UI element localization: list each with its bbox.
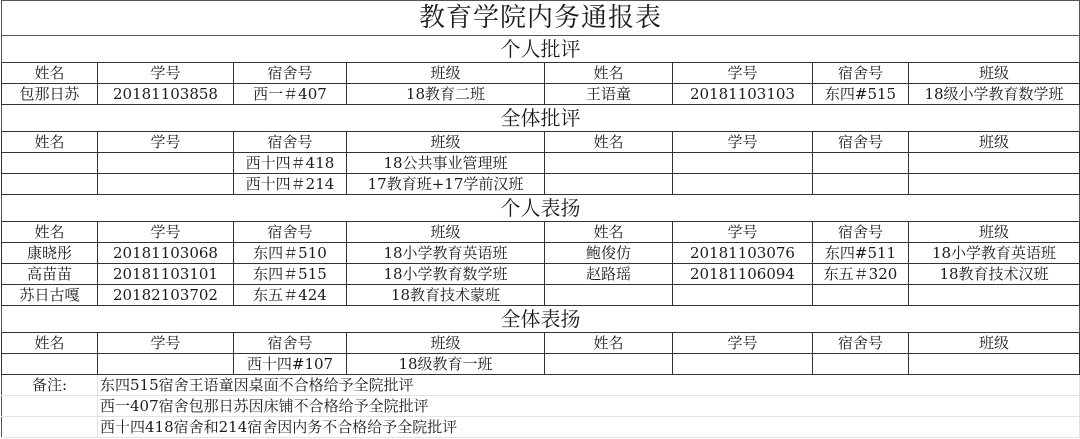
- column-header-class: 班级: [909, 333, 1080, 354]
- remark-text[interactable]: 西十四418宿舍和214宿舍因内务不合格给予全院批评: [98, 417, 1080, 438]
- cell-class[interactable]: 18级教育一班: [347, 354, 545, 375]
- table-row: 苏日古嘎20182103702东五＃42418教育技术蒙班: [2, 285, 1080, 306]
- cell-name[interactable]: 王语童: [545, 84, 673, 105]
- cell-name[interactable]: 赵路瑶: [545, 264, 673, 285]
- cell-name[interactable]: [545, 354, 673, 375]
- column-header-name: 姓名: [2, 222, 98, 243]
- section-header: 全体表扬: [2, 306, 1080, 333]
- cell-dorm[interactable]: 东四＃515: [234, 264, 347, 285]
- cell-dorm[interactable]: 东五＃424: [234, 285, 347, 306]
- table-row: 包那日苏20181103858西一＃40718教育二班王语童2018110310…: [2, 84, 1080, 105]
- cell-name[interactable]: 包那日苏: [2, 84, 98, 105]
- remark-text[interactable]: 西一407宿舍包那日苏因床铺不合格给予全院批评: [98, 396, 1080, 417]
- column-header-class: 班级: [909, 222, 1080, 243]
- remark-label: 备注:: [2, 375, 98, 396]
- cell-name[interactable]: [545, 174, 673, 195]
- table-row: 西十四＃21417教育班+17学前汉班: [2, 174, 1080, 195]
- column-header-student-id: 学号: [98, 132, 234, 153]
- cell-student-id[interactable]: 20181103101: [98, 264, 234, 285]
- cell-class[interactable]: [909, 354, 1080, 375]
- cell-class[interactable]: 18级小学教育数学班: [909, 84, 1080, 105]
- section-header: 全体批评: [2, 105, 1080, 132]
- cell-dorm[interactable]: 东四#511: [813, 243, 909, 264]
- remark-label: [2, 396, 98, 417]
- cell-student-id[interactable]: 20181103103: [673, 84, 813, 105]
- column-header-student-id: 学号: [673, 222, 813, 243]
- cell-name[interactable]: 苏日古嘎: [2, 285, 98, 306]
- cell-name[interactable]: [2, 153, 98, 174]
- column-header-name: 姓名: [2, 63, 98, 84]
- column-header-dorm: 宿舍号: [234, 132, 347, 153]
- column-header-student-id: 学号: [673, 132, 813, 153]
- remark-row: 备注:东四515宿舍王语童因桌面不合格给予全院批评: [2, 375, 1080, 396]
- cell-student-id[interactable]: [98, 174, 234, 195]
- cell-class[interactable]: 18教育二班: [347, 84, 545, 105]
- column-header-name: 姓名: [545, 63, 673, 84]
- section-title: 个人批评: [2, 36, 1080, 63]
- column-header-dorm: 宿舍号: [234, 63, 347, 84]
- cell-student-id[interactable]: [673, 354, 813, 375]
- cell-class[interactable]: 18教育技术汉班: [909, 264, 1080, 285]
- cell-dorm[interactable]: 西十四#107: [234, 354, 347, 375]
- remark-text[interactable]: 东四515宿舍王语童因桌面不合格给予全院批评: [98, 375, 1080, 396]
- column-header-name: 姓名: [545, 222, 673, 243]
- column-header-student-id: 学号: [673, 63, 813, 84]
- column-header-dorm: 宿舍号: [813, 222, 909, 243]
- remark-row: 西一407宿舍包那日苏因床铺不合格给予全院批评: [2, 396, 1080, 417]
- column-header-dorm: 宿舍号: [813, 132, 909, 153]
- cell-class[interactable]: 18小学教育英语班: [909, 243, 1080, 264]
- column-header-name: 姓名: [2, 132, 98, 153]
- cell-student-id[interactable]: 20181106094: [673, 264, 813, 285]
- column-header-class: 班级: [909, 132, 1080, 153]
- cell-name[interactable]: 高苗苗: [2, 264, 98, 285]
- column-header-row: 姓名学号宿舍号班级姓名学号宿舍号班级: [2, 222, 1080, 243]
- column-header-class: 班级: [347, 222, 545, 243]
- cell-name[interactable]: [545, 285, 673, 306]
- column-header-student-id: 学号: [673, 333, 813, 354]
- cell-dorm[interactable]: 西十四＃418: [234, 153, 347, 174]
- report-table: 教育学院内务通报表 个人批评姓名学号宿舍号班级姓名学号宿舍号班级包那日苏2018…: [1, 0, 1080, 438]
- table-row: 西十四#10718级教育一班: [2, 354, 1080, 375]
- column-header-student-id: 学号: [98, 333, 234, 354]
- cell-class[interactable]: 18小学教育英语班: [347, 243, 545, 264]
- column-header-name: 姓名: [545, 132, 673, 153]
- column-header-row: 姓名学号宿舍号班级姓名学号宿舍号班级: [2, 132, 1080, 153]
- cell-dorm[interactable]: [813, 174, 909, 195]
- cell-class[interactable]: 17教育班+17学前汉班: [347, 174, 545, 195]
- cell-dorm[interactable]: [813, 285, 909, 306]
- table-row: 高苗苗20181103101东四＃51518小学教育数学班赵路瑶20181106…: [2, 264, 1080, 285]
- column-header-name: 姓名: [545, 333, 673, 354]
- column-header-dorm: 宿舍号: [813, 63, 909, 84]
- cell-class[interactable]: 18小学教育数学班: [347, 264, 545, 285]
- cell-student-id[interactable]: [673, 285, 813, 306]
- cell-student-id[interactable]: [98, 354, 234, 375]
- cell-name[interactable]: 鲍俊仿: [545, 243, 673, 264]
- cell-class[interactable]: 18公共事业管理班: [347, 153, 545, 174]
- column-header-class: 班级: [347, 63, 545, 84]
- cell-dorm[interactable]: [813, 354, 909, 375]
- cell-dorm[interactable]: 东四＃510: [234, 243, 347, 264]
- section-header: 个人表扬: [2, 195, 1080, 222]
- cell-student-id[interactable]: 20181103076: [673, 243, 813, 264]
- cell-student-id[interactable]: 20182103702: [98, 285, 234, 306]
- cell-student-id[interactable]: [673, 153, 813, 174]
- column-header-student-id: 学号: [98, 63, 234, 84]
- column-header-row: 姓名学号宿舍号班级姓名学号宿舍号班级: [2, 333, 1080, 354]
- cell-student-id[interactable]: [673, 174, 813, 195]
- table-row: 康晓彤20181103068东四＃51018小学教育英语班鲍俊仿20181103…: [2, 243, 1080, 264]
- cell-student-id[interactable]: [98, 153, 234, 174]
- column-header-dorm: 宿舍号: [813, 333, 909, 354]
- cell-name[interactable]: [545, 153, 673, 174]
- cell-class[interactable]: [909, 153, 1080, 174]
- cell-dorm[interactable]: 西十四＃214: [234, 174, 347, 195]
- cell-dorm[interactable]: 西一＃407: [234, 84, 347, 105]
- section-title: 全体表扬: [2, 306, 1080, 333]
- section-title: 全体批评: [2, 105, 1080, 132]
- column-header-dorm: 宿舍号: [234, 333, 347, 354]
- table-row: 西十四＃41818公共事业管理班: [2, 153, 1080, 174]
- column-header-student-id: 学号: [98, 222, 234, 243]
- column-header-row: 姓名学号宿舍号班级姓名学号宿舍号班级: [2, 63, 1080, 84]
- section-header: 个人批评: [2, 36, 1080, 63]
- cell-name[interactable]: [2, 174, 98, 195]
- cell-class[interactable]: 18教育技术蒙班: [347, 285, 545, 306]
- column-header-name: 姓名: [2, 333, 98, 354]
- cell-student-id[interactable]: 20181103068: [98, 243, 234, 264]
- column-header-class: 班级: [347, 132, 545, 153]
- column-header-class: 班级: [347, 333, 545, 354]
- section-title: 个人表扬: [2, 195, 1080, 222]
- cell-name[interactable]: [2, 354, 98, 375]
- cell-dorm[interactable]: 东五＃320: [813, 264, 909, 285]
- cell-dorm[interactable]: [813, 153, 909, 174]
- spreadsheet: 教育学院内务通报表 个人批评姓名学号宿舍号班级姓名学号宿舍号班级包那日苏2018…: [0, 0, 1080, 439]
- cell-student-id[interactable]: 20181103858: [98, 84, 234, 105]
- column-header-class: 班级: [909, 63, 1080, 84]
- column-header-dorm: 宿舍号: [234, 222, 347, 243]
- cell-class[interactable]: [909, 285, 1080, 306]
- cell-class[interactable]: [909, 174, 1080, 195]
- remark-label: [2, 417, 98, 438]
- cell-dorm[interactable]: 东四#515: [813, 84, 909, 105]
- cell-name[interactable]: 康晓彤: [2, 243, 98, 264]
- remark-row: 西十四418宿舍和214宿舍因内务不合格给予全院批评: [2, 417, 1080, 438]
- report-title: 教育学院内务通报表: [2, 1, 1080, 36]
